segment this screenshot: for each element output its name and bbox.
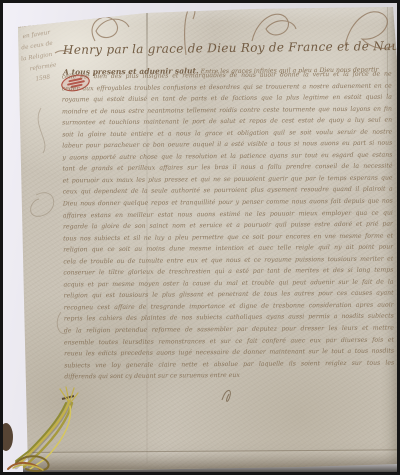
cord-strands xyxy=(8,387,78,471)
seal-cords xyxy=(3,3,397,472)
seal-remnant xyxy=(3,423,13,451)
photo-frame: Edit de Nantesen faveurde ceux dela Reli… xyxy=(0,0,400,475)
photo-background: Edit de Nantesen faveurde ceux dela Reli… xyxy=(3,3,397,472)
